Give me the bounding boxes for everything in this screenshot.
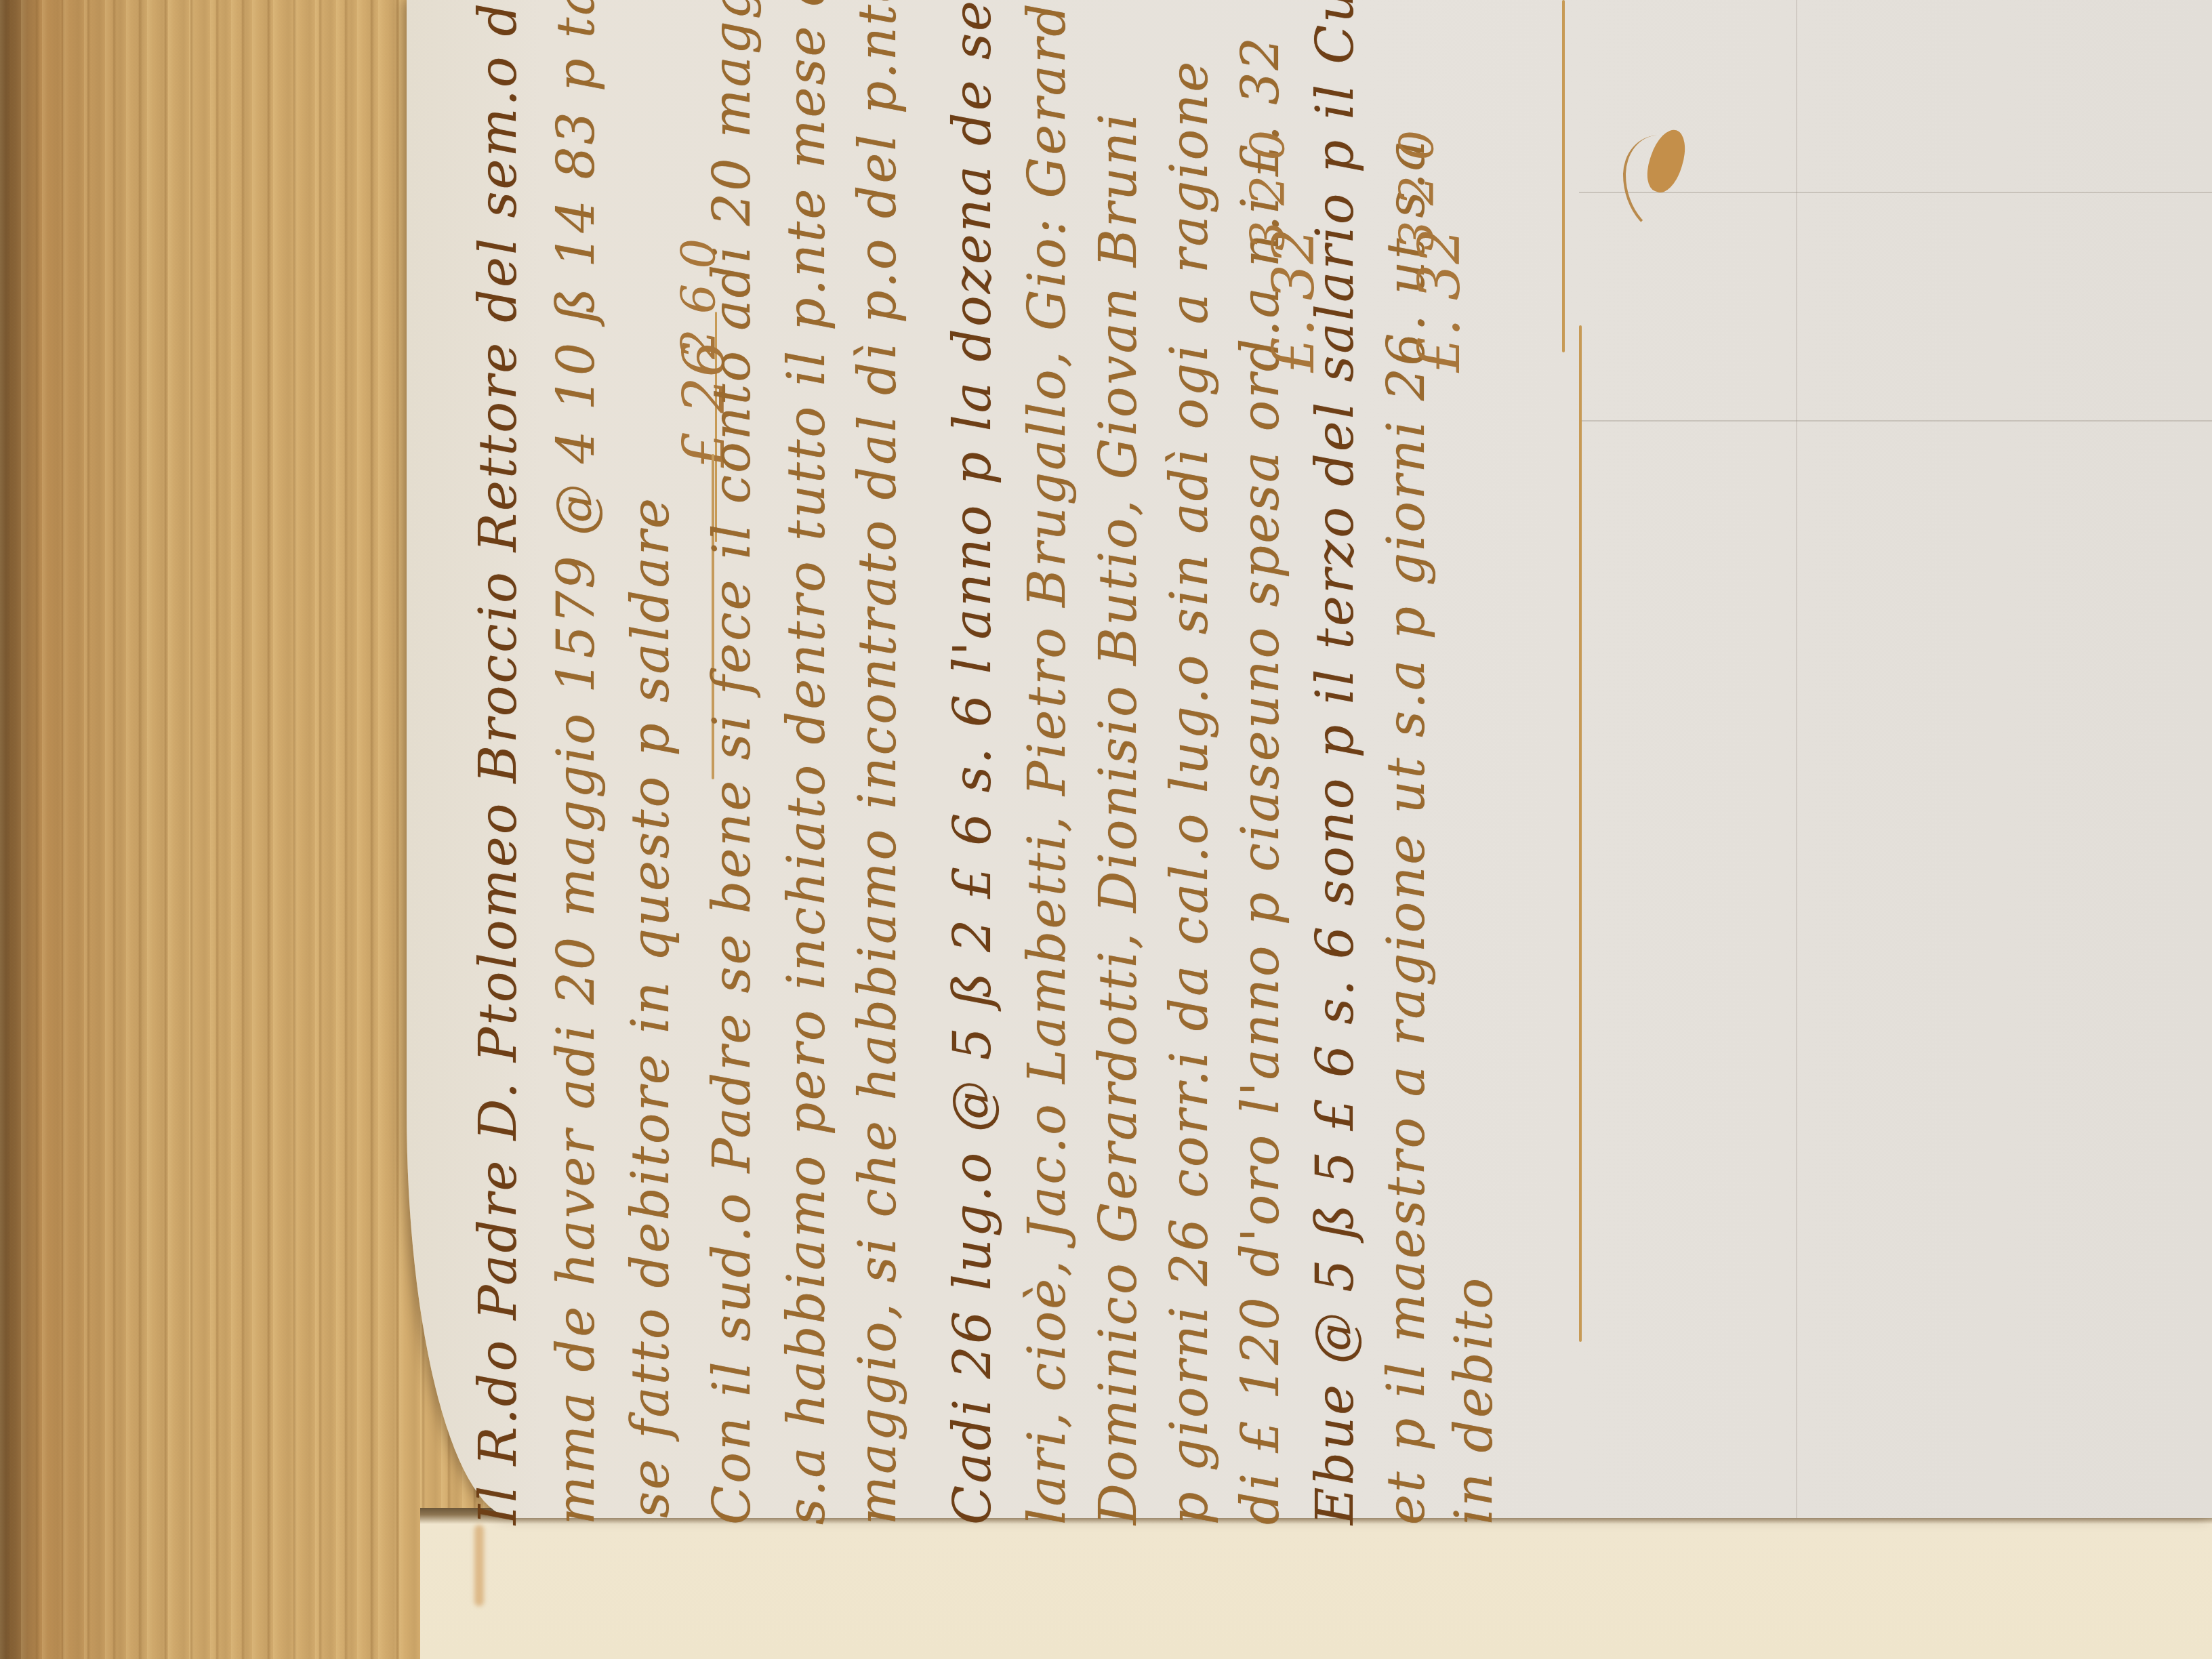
entry-2-line-3: maggio, si che habbiamo incontrato dal d… bbox=[847, 0, 907, 1525]
entry-3-line-2: lari, cioè, Jac.o Lambetti, Pietro Bruga… bbox=[1017, 0, 1077, 1525]
entry-3-line-8: in debito bbox=[1443, 1276, 1504, 1525]
entry-2-line-2: s.a habbiamo pero inchiato dentro tutto … bbox=[776, 0, 836, 1525]
page-ruling bbox=[1579, 420, 2212, 422]
entry-3-line-4: p giorni 26 corr.i da cal.o lug.o sin ad… bbox=[1159, 60, 1219, 1525]
ink-stain bbox=[474, 1525, 484, 1606]
entry-2-line-1: Con il sud.o Padre se bene si fece il co… bbox=[701, 0, 762, 1525]
entry-1-line-2: mma de haver adi 20 maggio 1579 @ 4 10 ß… bbox=[546, 0, 606, 1525]
entry-1-line-1: Il R.do Padre D. Ptolomeo Broccio Rettor… bbox=[468, 0, 528, 1525]
page-ruling bbox=[1796, 0, 1797, 1518]
entry-3-line-1: Cadi 26 lug.o @ 5 ß 2 £ 6 s. 6 l'anno p … bbox=[942, 0, 1002, 1525]
entry-3-line-3: Dominico Gerardotti, Dionisio Butio, Gio… bbox=[1088, 112, 1148, 1525]
entry-1-line-3: se fatto debitore in questo p saldare bbox=[620, 496, 680, 1518]
facing-page-edge bbox=[420, 1508, 2212, 1659]
margin-amount-3: 3 2 0 bbox=[1389, 130, 1445, 251]
handwritten-entries: Il R.do Padre D. Ptolomeo Broccio Rettor… bbox=[468, 271, 1633, 1525]
margin-amount-1: 2 6 0 bbox=[671, 239, 726, 359]
margin-amount-2: 3 2 0 bbox=[1240, 130, 1296, 251]
